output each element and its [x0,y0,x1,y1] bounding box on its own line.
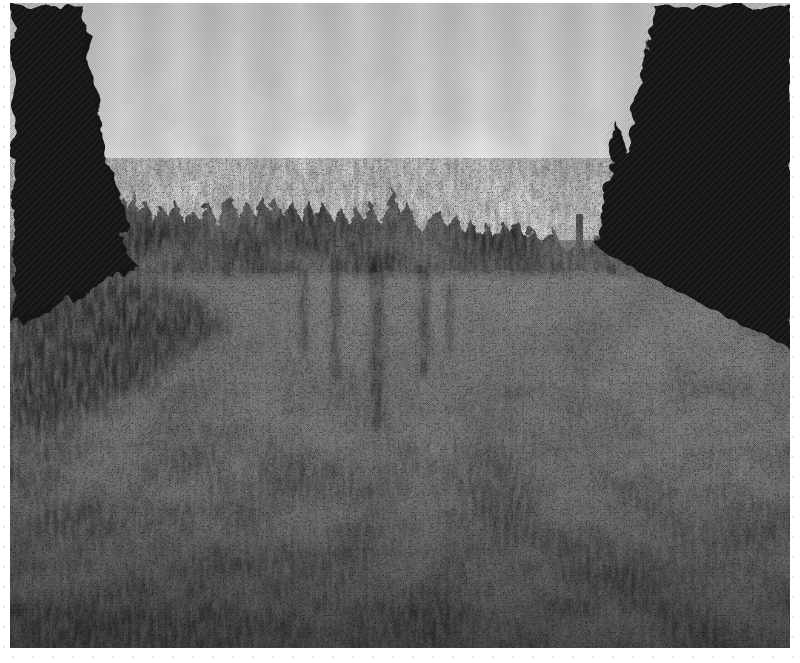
photograph [10,3,790,648]
halftone-photo-figure: Black-and-white halftone scan of a photo… [0,0,800,663]
halftone-diagonal-overlay [10,3,790,648]
